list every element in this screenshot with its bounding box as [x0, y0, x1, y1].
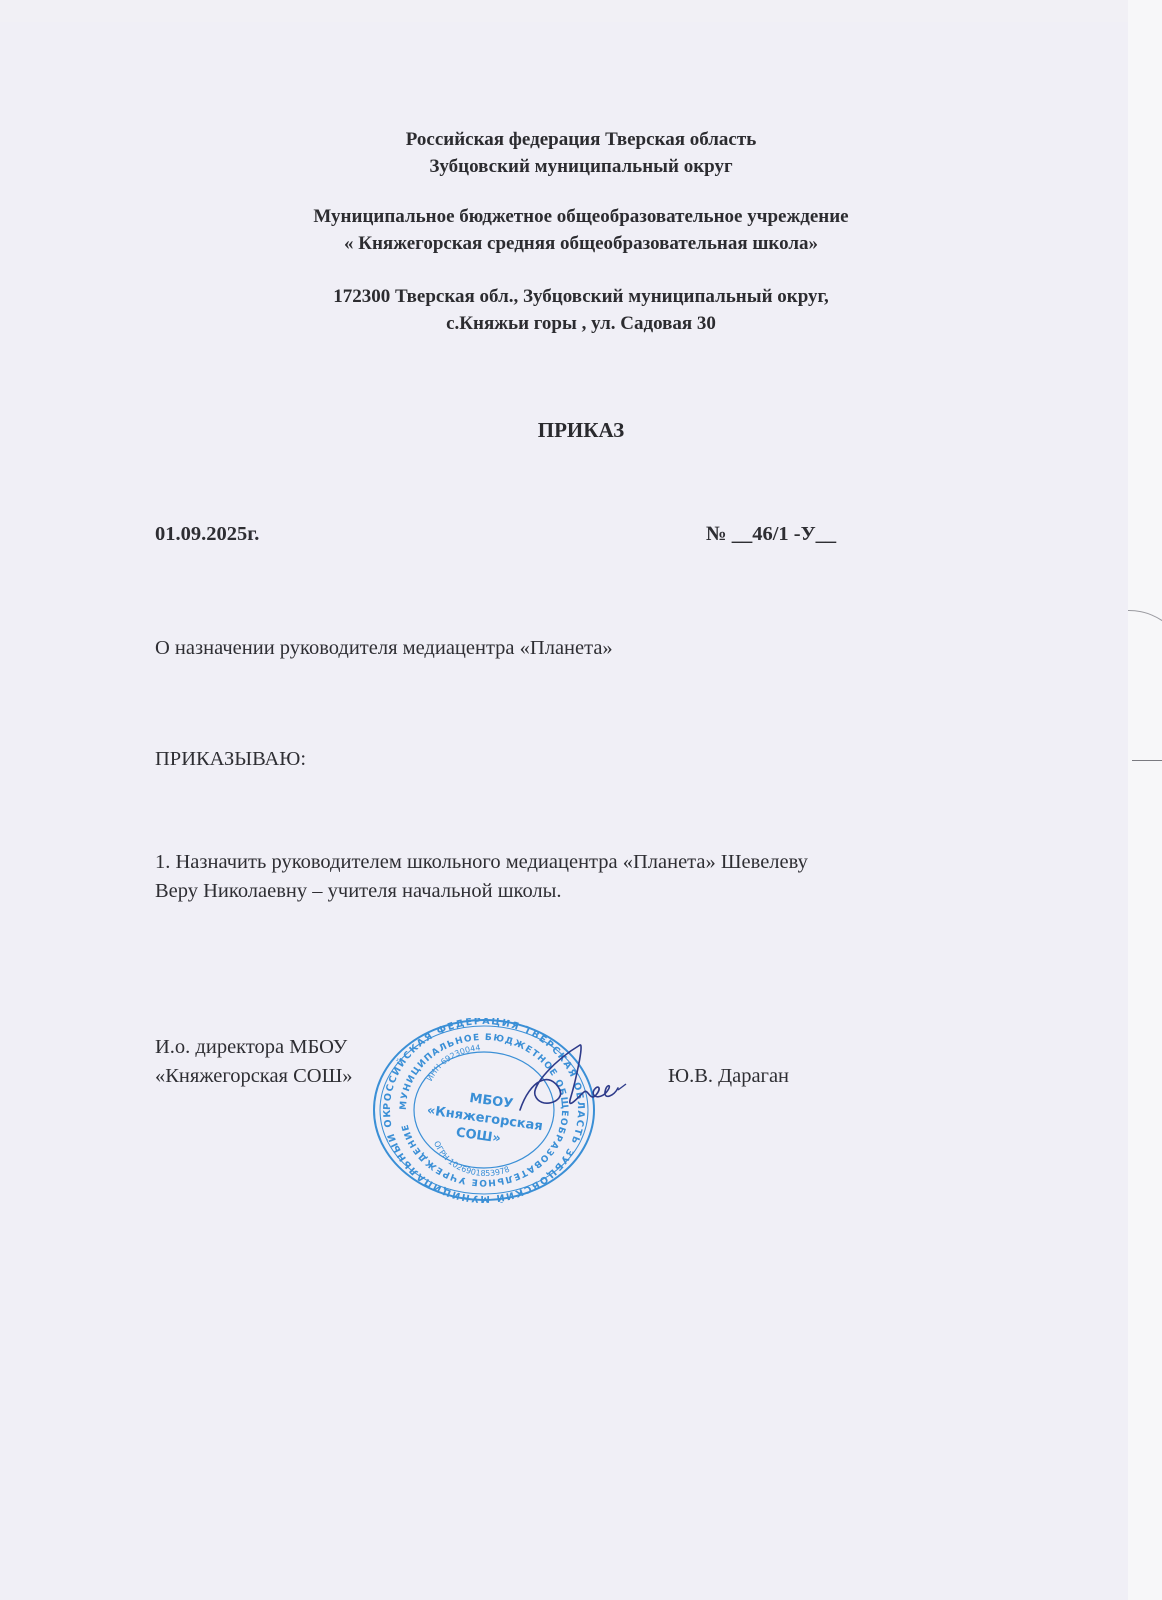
stamp-center-3: СОШ» [455, 1125, 502, 1146]
signatory-name: Ю.В. Дараган [668, 1062, 789, 1090]
header-district: Зубцовский муниципальный округ [0, 154, 1162, 179]
order-item-1-line-2: Веру Николаевну – учителя начальной школ… [155, 877, 562, 905]
document-date: 01.09.2025г. [155, 520, 259, 548]
handwritten-signature [510, 1040, 630, 1130]
document-title: ПРИКАЗ [0, 418, 1162, 443]
header-school-name: « Княжегорская средняя общеобразовательн… [0, 231, 1162, 256]
signatory-position-2: «Княжегорская СОШ» [155, 1062, 353, 1090]
document-page [0, 22, 1128, 1600]
header-address-2: с.Княжьи горы , ул. Садовая 30 [0, 311, 1162, 336]
header-institution-type: Муниципальное бюджетное общеобразователь… [0, 204, 1162, 229]
header-country-region: Российская федерация Тверская область [0, 127, 1162, 152]
stamp-center-1: МБОУ [468, 1091, 514, 1112]
header-address-1: 172300 Тверская обл., Зубцовский муницип… [0, 284, 1162, 309]
document-number: № __46/1 -У__ [706, 520, 836, 548]
page-edge-mark [1132, 760, 1162, 761]
page-fold-mark [1128, 610, 1162, 691]
document-subject: О назначении руководителя медиацентра «П… [155, 634, 613, 662]
order-word: ПРИКАЗЫВАЮ: [155, 745, 306, 773]
signatory-position-1: И.о. директора МБОУ [155, 1033, 347, 1061]
order-item-1-line-1: 1. Назначить руководителем школьного мед… [155, 848, 808, 876]
